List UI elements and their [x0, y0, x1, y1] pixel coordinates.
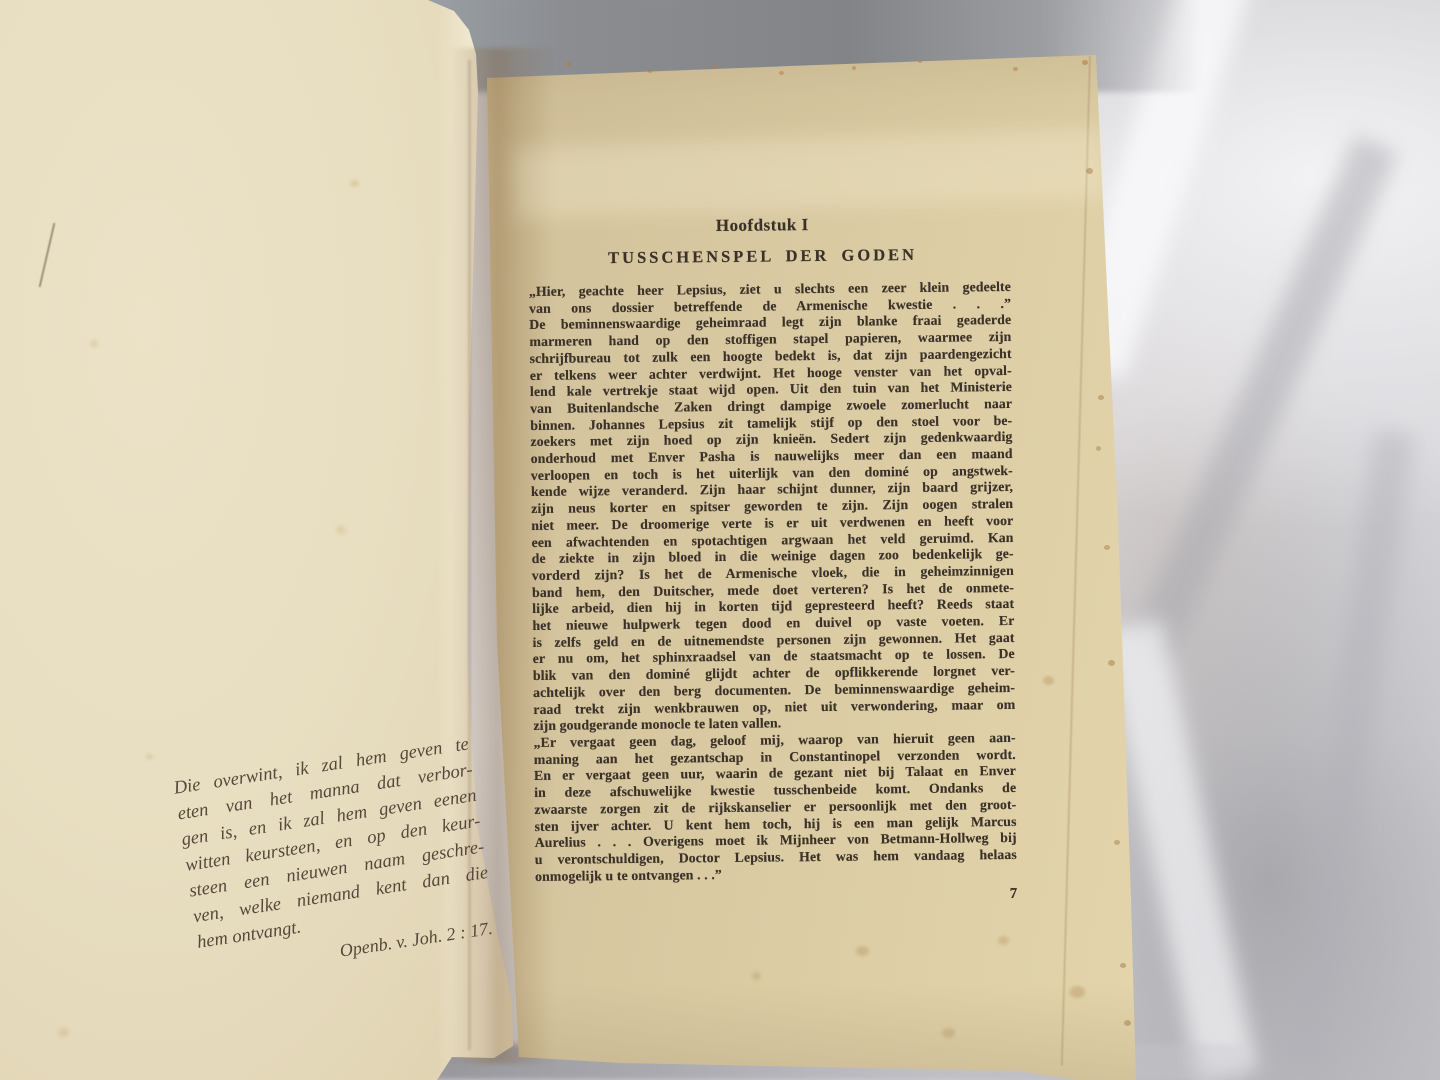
chapter-title: TUSSCHENSPEL DER GODEN	[514, 233, 1010, 269]
chapter-heading: Hoofdstuk I	[514, 199, 1010, 238]
bible-quote: Die overwint, ik zal hem geven teeten va…	[172, 731, 498, 984]
right-page-text: Hoofdstuk I TUSSCHENSPEL DER GODEN „Hier…	[528, 199, 1017, 908]
body-text: „Hier, geachte heer Lepsius, ziet u slec…	[529, 264, 1017, 885]
book-photo: Die overwint, ik zal hem geven teeten va…	[0, 0, 1440, 1080]
fabric-fold	[1286, 430, 1415, 1069]
